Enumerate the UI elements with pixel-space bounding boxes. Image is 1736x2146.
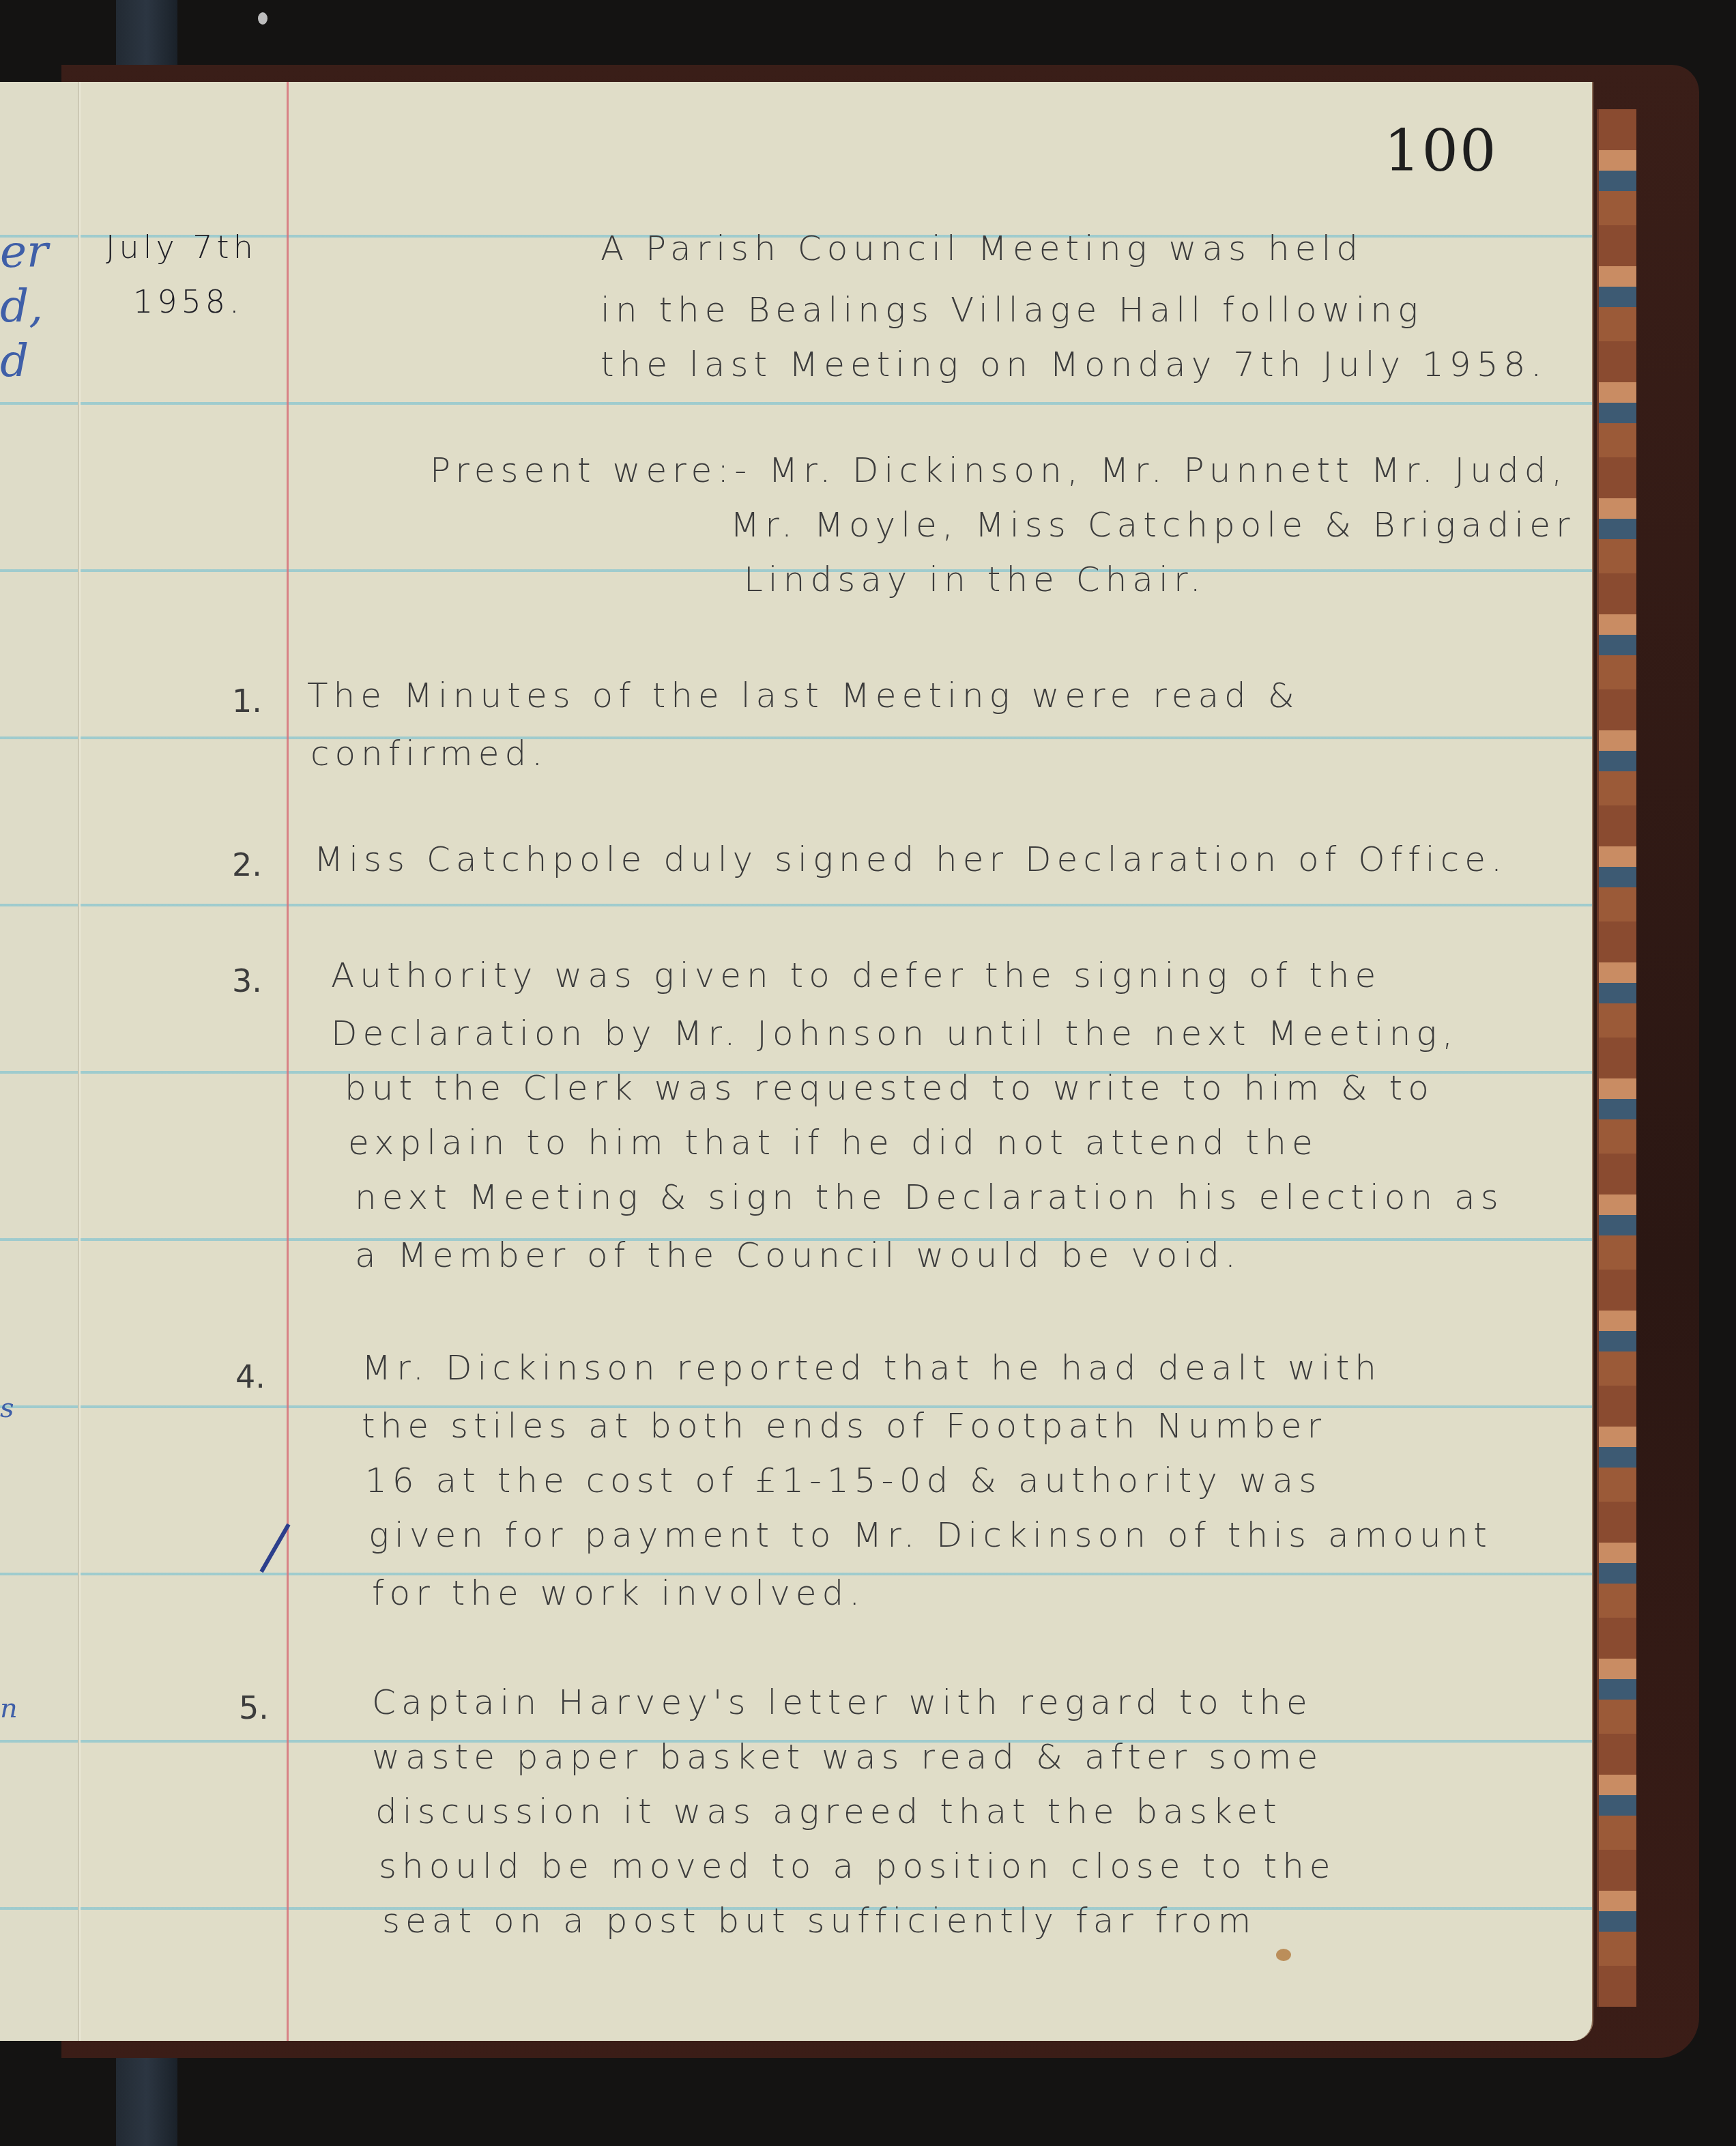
item-line: waste paper basket was read & after some — [372, 1737, 1323, 1777]
item-line: The Minutes of the last Meeting were rea… — [307, 676, 1300, 715]
item-line: explain to him that if he did not attend… — [348, 1123, 1318, 1162]
item-number: 4. — [235, 1358, 265, 1395]
intro-line: the last Meeting on Monday 7th July 1958… — [601, 345, 1547, 384]
intro-line: in the Bealings Village Hall following — [601, 290, 1423, 330]
margin-line — [287, 82, 289, 2041]
item-line: a Member of the Council would be void. — [355, 1235, 1241, 1275]
item-line: Captain Harvey's letter with regard to t… — [372, 1683, 1313, 1722]
left-fragment: n — [0, 1693, 18, 1724]
dust-speck — [258, 12, 267, 25]
item-line: discussion it was agreed that the basket — [375, 1792, 1282, 1831]
present-line: Lindsay in the Chair. — [744, 560, 1206, 599]
item-line: Mr. Dickinson reported that he had dealt… — [362, 1348, 1382, 1388]
item-line: Declaration by Mr. Johnson until the nex… — [331, 1014, 1458, 1053]
item-line: confirmed. — [310, 734, 548, 773]
margin-date-line2: 1958. — [133, 283, 244, 320]
item-number: 2. — [232, 846, 262, 883]
margin-date-line1: July 7th — [106, 229, 257, 266]
item-line: given for payment to Mr. Dickinson of th… — [368, 1515, 1492, 1555]
left-fragment: d — [0, 334, 29, 387]
item-line: for the work involved. — [372, 1573, 865, 1613]
intro-line: A Parish Council Meeting was held — [601, 229, 1363, 268]
item-number: 3. — [232, 962, 262, 999]
item-line: the stiles at both ends of Footpath Numb… — [362, 1406, 1327, 1446]
left-fragment: er — [0, 225, 48, 278]
item-line: but the Clerk was requested to write to … — [345, 1068, 1434, 1108]
present-line: Present were:- Mr. Dickinson, Mr. Punnet… — [430, 450, 1567, 490]
item-line: next Meeting & sign the Declaration his … — [355, 1177, 1504, 1217]
item-line: Miss Catchpole duly signed her Declarati… — [314, 840, 1507, 879]
item-line: should be moved to a position close to t… — [379, 1846, 1336, 1886]
ink-stain — [1276, 1949, 1291, 1961]
left-fragment: d, — [0, 280, 43, 332]
left-fragment: s — [0, 1392, 14, 1424]
item-line: 16 at the cost of £1-15-0d & authority w… — [365, 1461, 1322, 1500]
item-line: Authority was given to defer the signing… — [331, 956, 1381, 995]
page-number: 100 — [1384, 117, 1497, 184]
item-number: 1. — [232, 683, 262, 719]
marbled-page-edges — [1597, 109, 1636, 2007]
item-number: 5. — [239, 1689, 269, 1726]
present-line: Mr. Moyle, Miss Catchpole & Brigadier — [730, 505, 1576, 545]
item-line: seat on a post but sufficiently far from — [382, 1901, 1256, 1941]
